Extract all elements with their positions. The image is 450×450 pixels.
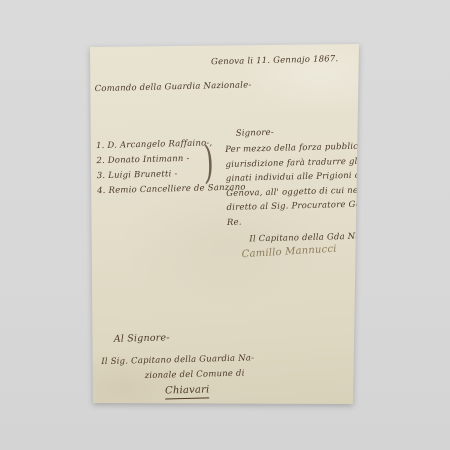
salutation: Signore- [236, 127, 274, 141]
letter-paper: Genova li 11. Gennajo 1867. Comando dell… [89, 44, 361, 405]
list-brace-icon: ) [203, 138, 214, 189]
paper-sheet: Genova li 11. Gennajo 1867. Comando dell… [89, 44, 361, 405]
photo-background: Genova li 11. Gennajo 1867. Comando dell… [0, 0, 450, 450]
letter-content: Genova li 11. Gennajo 1867. Comando dell… [85, 41, 366, 409]
handwritten-line: diretto al Sig. Procuratore Generale del [226, 197, 406, 216]
handwritten-line: ginati individui alle Prigioni centrali … [226, 168, 406, 187]
letterhead-command: Comando della Guardia Nazionale- [95, 79, 252, 96]
handwritten-line: 4. Remio Cancelliere de Sanzano [97, 180, 246, 199]
address-city: Chiavari [165, 383, 210, 399]
letter-body: Per mezzo della forza pubblica di suagiu… [225, 139, 407, 230]
dateline: Genova li 11. Gennajo 1867. [211, 53, 339, 69]
address-salutation: Al Signore- [114, 331, 170, 345]
address-line-2: Il Sig. Capitano della Guardia Na- [101, 352, 254, 369]
address-line-3: zionale del Comune di [145, 368, 245, 383]
prisoner-list: 1. D. Arcangelo Raffaino-,2. Donato Inti… [96, 135, 246, 199]
handwritten-line: Per mezzo della forza pubblica di sua [225, 139, 405, 158]
